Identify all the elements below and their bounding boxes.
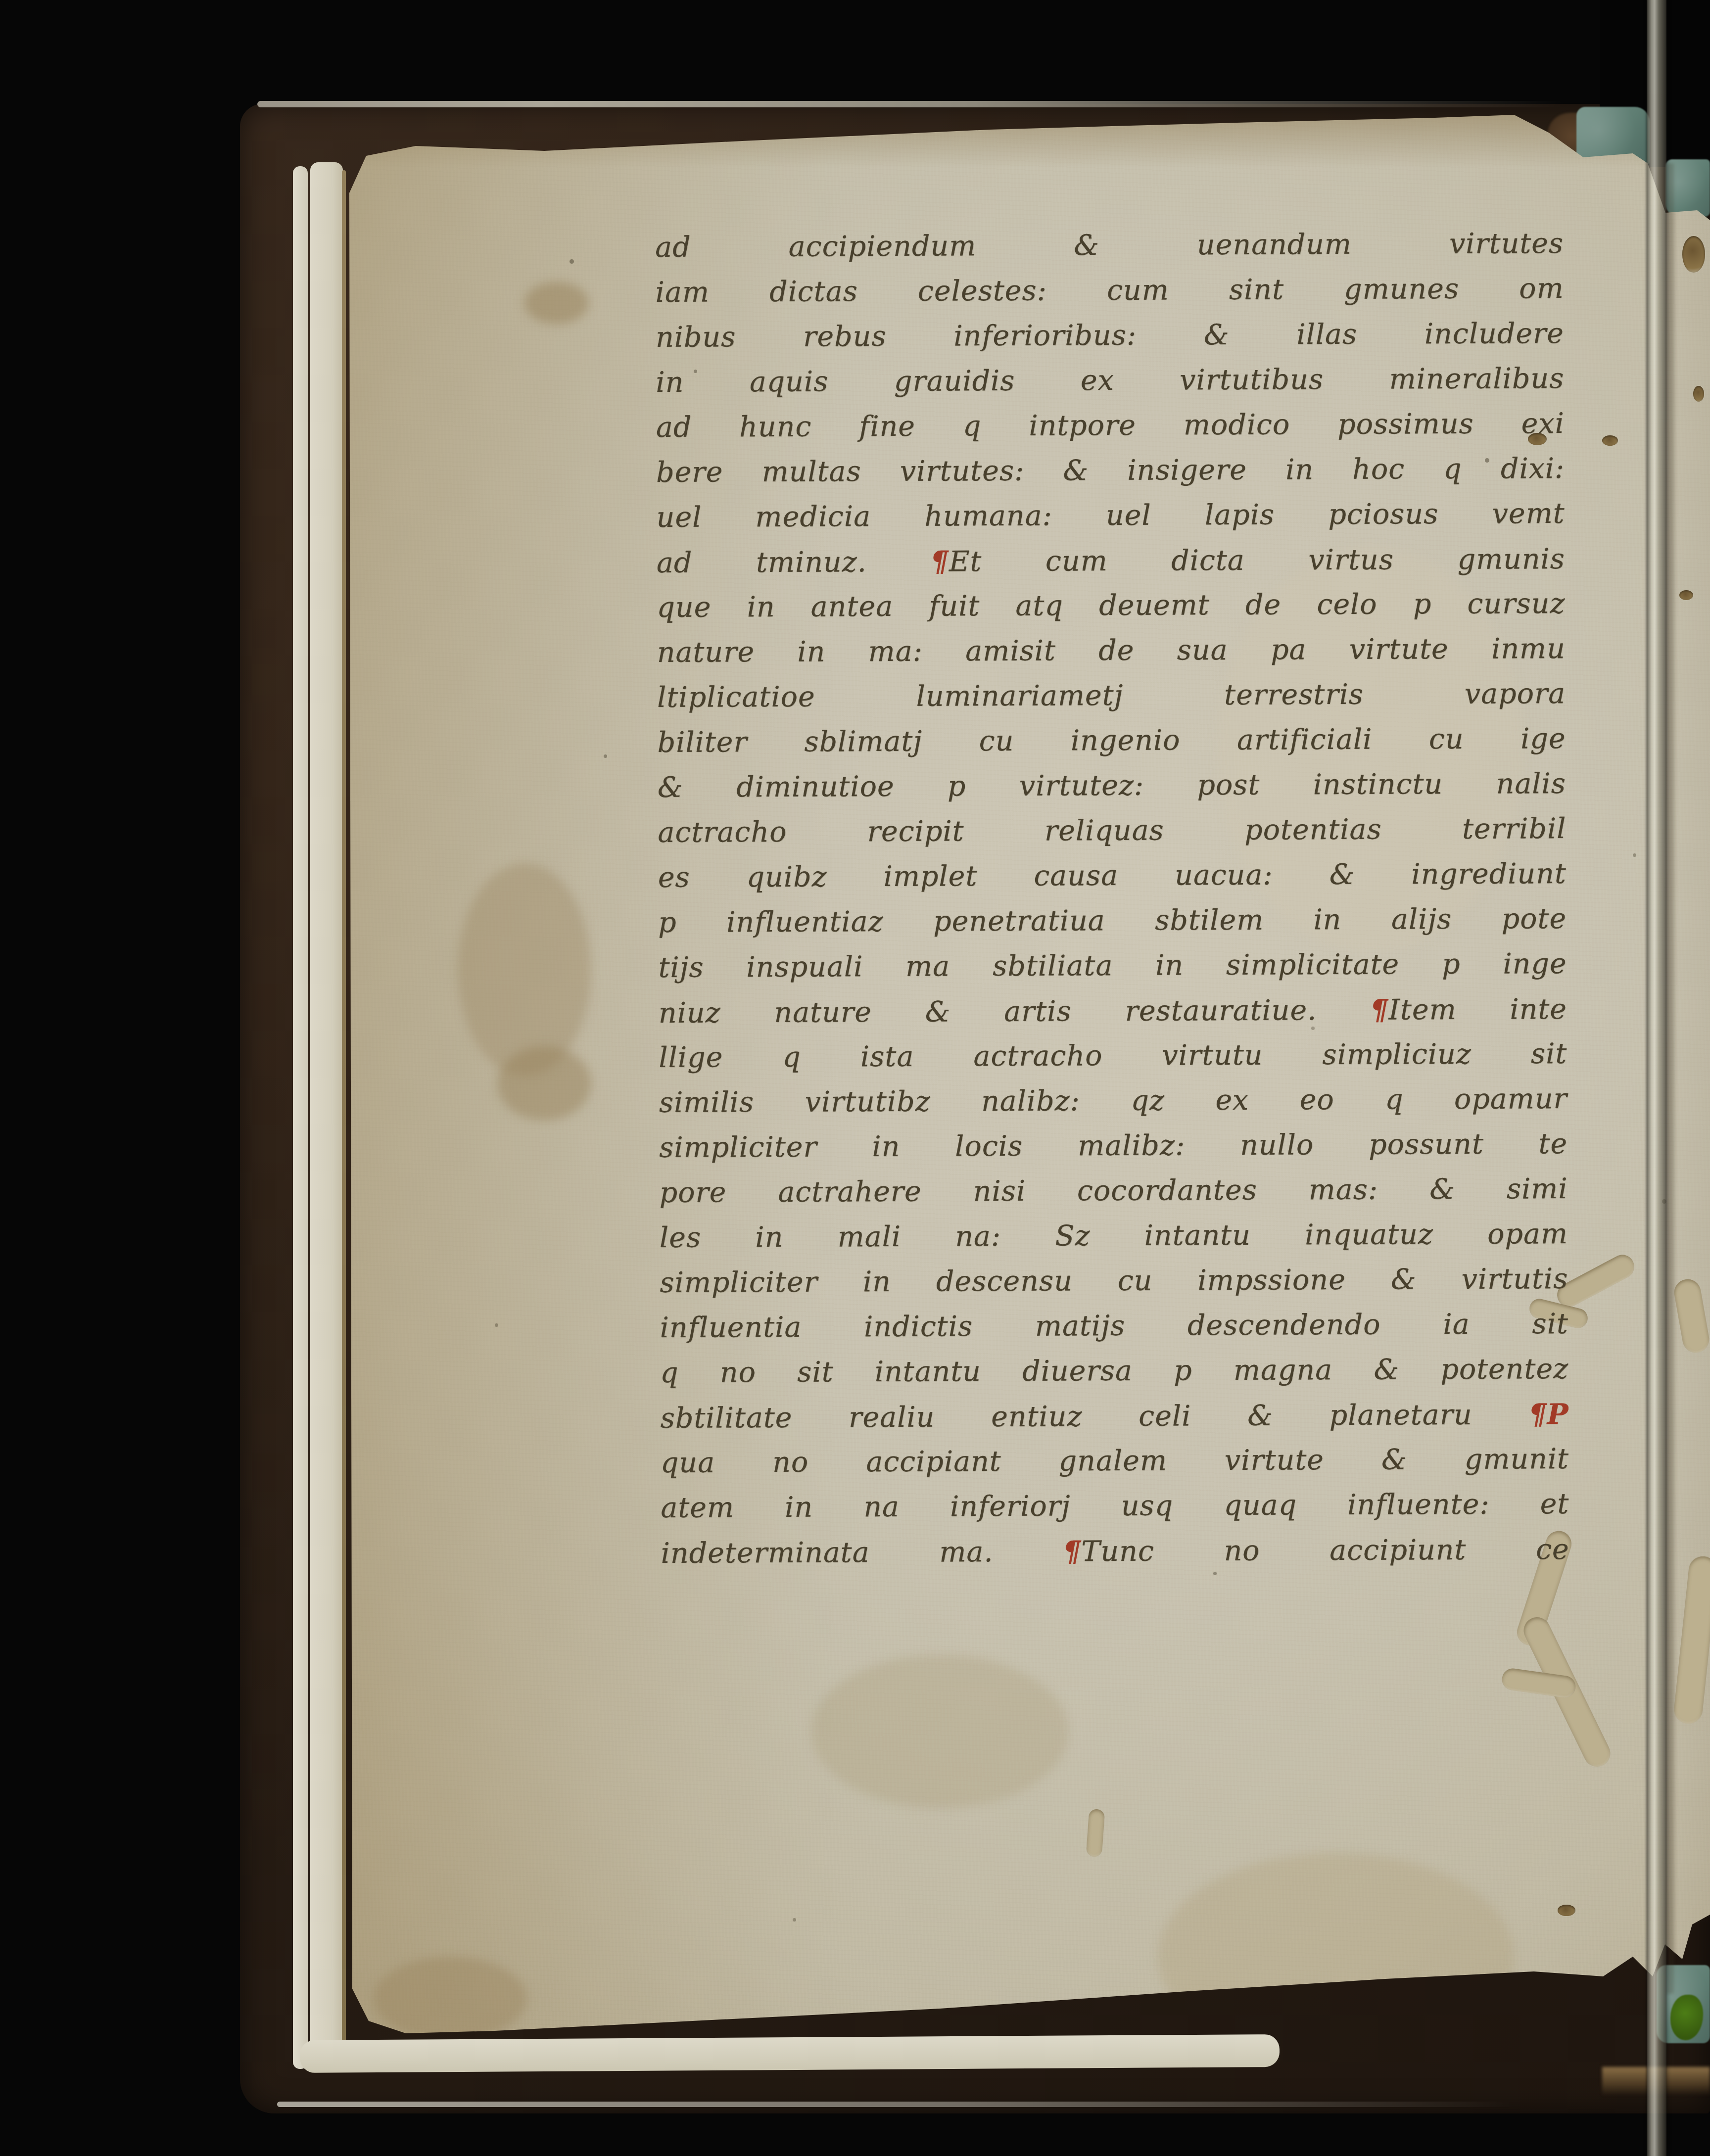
text-run: les in mali na: Sz intantu inquatuz opam — [660, 1218, 1568, 1254]
text-run: es quibz implet causa uacua: & ingrediun… — [658, 857, 1567, 894]
page-stack-edge-outer — [293, 166, 308, 2069]
text-run: Item inte — [1388, 993, 1567, 1027]
wormhole — [1558, 1905, 1575, 1916]
manuscript-line-21: simpliciter in locis malibz: nullo possu… — [659, 1122, 1567, 1171]
manuscript-line-7: uel medicia humana: uel lapis pciosus ve… — [656, 491, 1565, 540]
manuscript-line-19: llige q ista actracho virtutu simpliciuz… — [659, 1031, 1567, 1080]
manuscript-line-4: in aquis grauidis ex virtutibus minerali… — [656, 356, 1564, 405]
text-run: uel medicia humana: uel lapis pciosus ve… — [656, 497, 1565, 534]
manuscript-line-12: biliter sblimatj cu ingenio artificiali … — [657, 716, 1566, 765]
text-run: actracho recipit reliquas potentias terr… — [658, 812, 1566, 849]
text-run: & diminutioe p virtutez: post instinctu … — [658, 767, 1566, 804]
text-run: simpliciter in descensu cu impssione & v… — [660, 1263, 1568, 1299]
text-run: influentia indictis matijs descendendo i… — [660, 1308, 1568, 1344]
manuscript-line-28: qua no accipiant gnalem virtute & gmunit — [661, 1437, 1569, 1486]
page-stack-hairline — [342, 170, 346, 2045]
manuscript-line-29: atem in na inferiorj usq quaq influente:… — [661, 1482, 1569, 1531]
manuscript-line-23: les in mali na: Sz intantu inquatuz opam — [660, 1212, 1568, 1261]
page-stack-edge-inner — [310, 162, 343, 2071]
manuscript-line-1: ad accipiendum & uenandum virtutes — [655, 221, 1564, 270]
manuscript-line-16: p influentiaz penetratiua sbtilem in ali… — [658, 896, 1567, 945]
stain — [497, 1046, 591, 1121]
manuscript-line-18: niuz nature & artis restauratiue. ¶Item … — [659, 986, 1567, 1035]
stain — [458, 863, 591, 1076]
manuscript-line-10: nature in ma: amisit de sua pa virtute i… — [657, 626, 1566, 675]
text-run: bere multas virtutes: & insigere in hoc … — [656, 452, 1565, 489]
stain — [524, 282, 589, 324]
text-run: biliter sblimatj cu ingenio artificiali … — [657, 722, 1566, 759]
text-run: nibus rebus inferioribus: & illas includ… — [656, 317, 1564, 354]
wormhole — [1602, 435, 1618, 446]
manuscript-line-24: simpliciter in descensu cu impssione & v… — [660, 1257, 1568, 1306]
text-run: in aquis grauidis ex virtutibus minerali… — [656, 362, 1564, 399]
rubric-paragraph-mark: ¶ — [930, 545, 949, 578]
text-run: llige q ista actracho virtutu simpliciuz… — [659, 1037, 1567, 1074]
manuscript-text-block: ad accipiendum & uenandum virtutesiam di… — [655, 221, 1569, 1576]
wormhole — [1679, 590, 1693, 600]
text-run: pore actrahere nisi cocordantes mas: & s… — [659, 1172, 1567, 1209]
manuscript-line-5: ad hunc fine q intpore modico possimus e… — [656, 401, 1565, 450]
text-run: ad hunc fine q intpore modico possimus e… — [656, 407, 1565, 444]
manuscript-line-13: & diminutioe p virtutez: post instinctu … — [658, 761, 1566, 810]
text-run: similis virtutibz nalibz: qz ex eo q opa… — [659, 1082, 1567, 1119]
manuscript-line-9: que in antea fuit atq deuemt de celo p c… — [657, 581, 1565, 630]
cover-top-edge-highlight — [257, 101, 1564, 107]
manuscript-line-6: bere multas virtutes: & insigere in hoc … — [656, 446, 1565, 495]
rubric-paragraph-mark: ¶P — [1528, 1398, 1568, 1431]
manuscript-line-14: actracho recipit reliquas potentias terr… — [658, 806, 1566, 855]
text-run: ad accipiendum & uenandum virtutes — [655, 227, 1564, 264]
text-run: ltiplicatioe luminariametj terrestris va… — [657, 677, 1566, 714]
text-run: Tunc no accipiunt ce — [1081, 1533, 1569, 1568]
manuscript-line-3: nibus rebus inferioribus: & illas includ… — [656, 311, 1564, 360]
manuscript-page: ad accipiendum & uenandum virtutesiam di… — [346, 111, 1710, 2036]
manuscript-line-30: indeterminata ma. ¶Tunc no accipiunt ce — [661, 1527, 1569, 1576]
manuscript-line-27: sbtilitate realiu entiuz celi & planetar… — [660, 1392, 1568, 1441]
stain — [811, 1655, 1069, 1808]
text-run: Et cum dicta virtus gmunis — [949, 543, 1566, 578]
text-run: que in antea fuit atq deuemt de celo p c… — [657, 587, 1565, 624]
text-run: tijs inspuali ma sbtiliata in simplicita… — [658, 947, 1567, 984]
photograph-canvas: ad accipiendum & uenandum virtutesiam di… — [0, 0, 1710, 2156]
wormhole — [1682, 236, 1705, 273]
text-run: p influentiaz penetratiua sbtilem in ali… — [658, 902, 1567, 939]
leaf-gap-shadow — [1666, 163, 1674, 1994]
manuscript-line-11: ltiplicatioe luminariametj terrestris va… — [657, 671, 1566, 720]
manuscript-line-2: iam dictas celestes: cum sint gmunes om — [655, 266, 1564, 315]
manuscript-line-8: ad tminuz. ¶Et cum dicta virtus gmunis — [657, 536, 1565, 585]
text-run: indeterminata ma. — [661, 1535, 1063, 1570]
text-run: atem in na inferiorj usq quaq influente:… — [661, 1488, 1569, 1524]
rubric-paragraph-mark: ¶ — [1370, 993, 1389, 1027]
wormhole — [1693, 386, 1704, 402]
text-run: qua no accipiant gnalem virtute & gmunit — [661, 1443, 1569, 1479]
text-run: simpliciter in locis malibz: nullo possu… — [659, 1127, 1567, 1164]
text-run: nature in ma: amisit de sua pa virtute i… — [657, 632, 1566, 669]
text-run: sbtilitate realiu entiuz celi & planetar… — [660, 1398, 1528, 1435]
manuscript-line-22: pore actrahere nisi cocordantes mas: & s… — [659, 1167, 1567, 1216]
glass-strip — [1647, 0, 1666, 2156]
rubric-paragraph-mark: ¶ — [1063, 1535, 1082, 1568]
manuscript-line-25: influentia indictis matijs descendendo i… — [660, 1302, 1568, 1351]
manuscript-line-15: es quibz implet causa uacua: & ingrediun… — [658, 851, 1567, 900]
text-run: q no sit intantu diuersa p magna & poten… — [660, 1353, 1568, 1389]
text-run: niuz nature & artis restauratiue. — [659, 994, 1370, 1030]
cover-bottom-edge-highlight — [277, 2102, 1514, 2107]
manuscript-line-26: q no sit intantu diuersa p magna & poten… — [660, 1347, 1568, 1396]
stain — [374, 1957, 527, 2041]
manuscript-line-20: similis virtutibz nalibz: qz ex eo q opa… — [659, 1077, 1567, 1125]
text-run: iam dictas celestes: cum sint gmunes om — [656, 272, 1564, 309]
manuscript-line-17: tijs inspuali ma sbtiliata in simplicita… — [658, 941, 1567, 990]
page-stack-bottom-edge — [300, 2034, 1280, 2073]
text-run: ad tminuz. — [657, 546, 931, 579]
worm-track — [1086, 1809, 1105, 1857]
